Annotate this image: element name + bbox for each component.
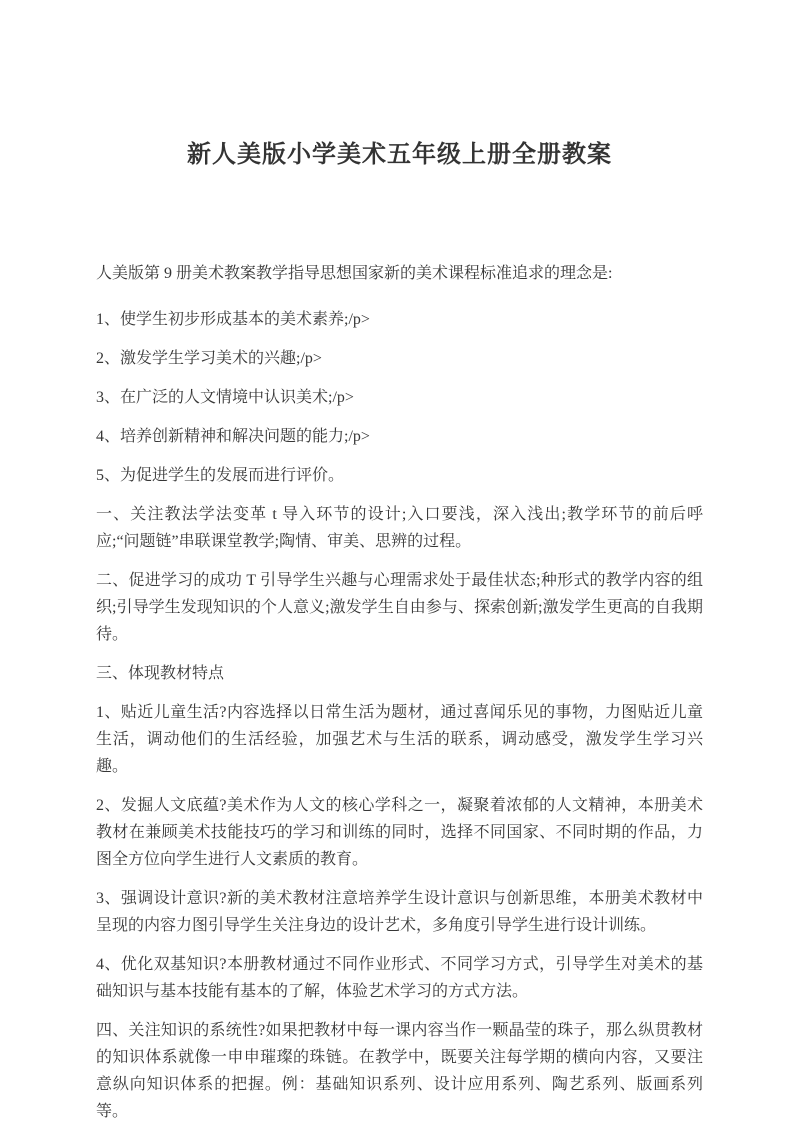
intro-paragraph: 人美版第 9 册美术教案教学指导思想国家新的美术课程标准追求的理念是:	[96, 260, 703, 287]
document-page: 新人美版小学美术五年级上册全册教案 人美版第 9 册美术教案教学指导思想国家新的…	[0, 0, 793, 1122]
list-item-5: 5、为促进学生的发展而进行评价。	[96, 462, 703, 489]
document-title: 新人美版小学美术五年级上册全册教案	[96, 138, 703, 172]
section-paragraph-2: 二、促进学习的成功 T 引导学生兴趣与心理需求处于最佳状态;种形式的教学内容的组…	[96, 567, 703, 648]
section-heading-3: 三、体现教材特点	[96, 660, 703, 687]
feature-paragraph-3: 3、强调设计意识?新的美术教材注意培养学生设计意识与创新思维，本册美术教材中呈现…	[96, 885, 703, 939]
feature-paragraph-1: 1、贴近儿童生活?内容选择以日常生活为题材，通过喜闻乐见的事物，力图贴近儿童生活…	[96, 699, 703, 780]
list-item-1: 1、使学生初步形成基本的美术素养;/p>	[96, 306, 703, 333]
list-item-2: 2、激发学生学习美术的兴趣;/p>	[96, 345, 703, 372]
section-paragraph-4: 四、关注知识的系统性?如果把教材中每一课内容当作一颗晶莹的珠子，那么纵贯教材的知…	[96, 1017, 703, 1122]
section-paragraph-1: 一、关注教法学法变革 t 导入环节的设计;入口要浅，深入浅出;教学环节的前后呼应…	[96, 501, 703, 555]
feature-paragraph-2: 2、发掘人文底蕴?美术作为人文的核心学科之一，凝聚着浓郁的人文精神，本册美术教材…	[96, 792, 703, 873]
list-item-3: 3、在广泛的人文情境中认识美术;/p>	[96, 384, 703, 411]
list-item-4: 4、培养创新精神和解决问题的能力;/p>	[96, 423, 703, 450]
feature-paragraph-4: 4、优化双基知识?本册教材通过不同作业形式、不同学习方式，引导学生对美术的基础知…	[96, 951, 703, 1005]
